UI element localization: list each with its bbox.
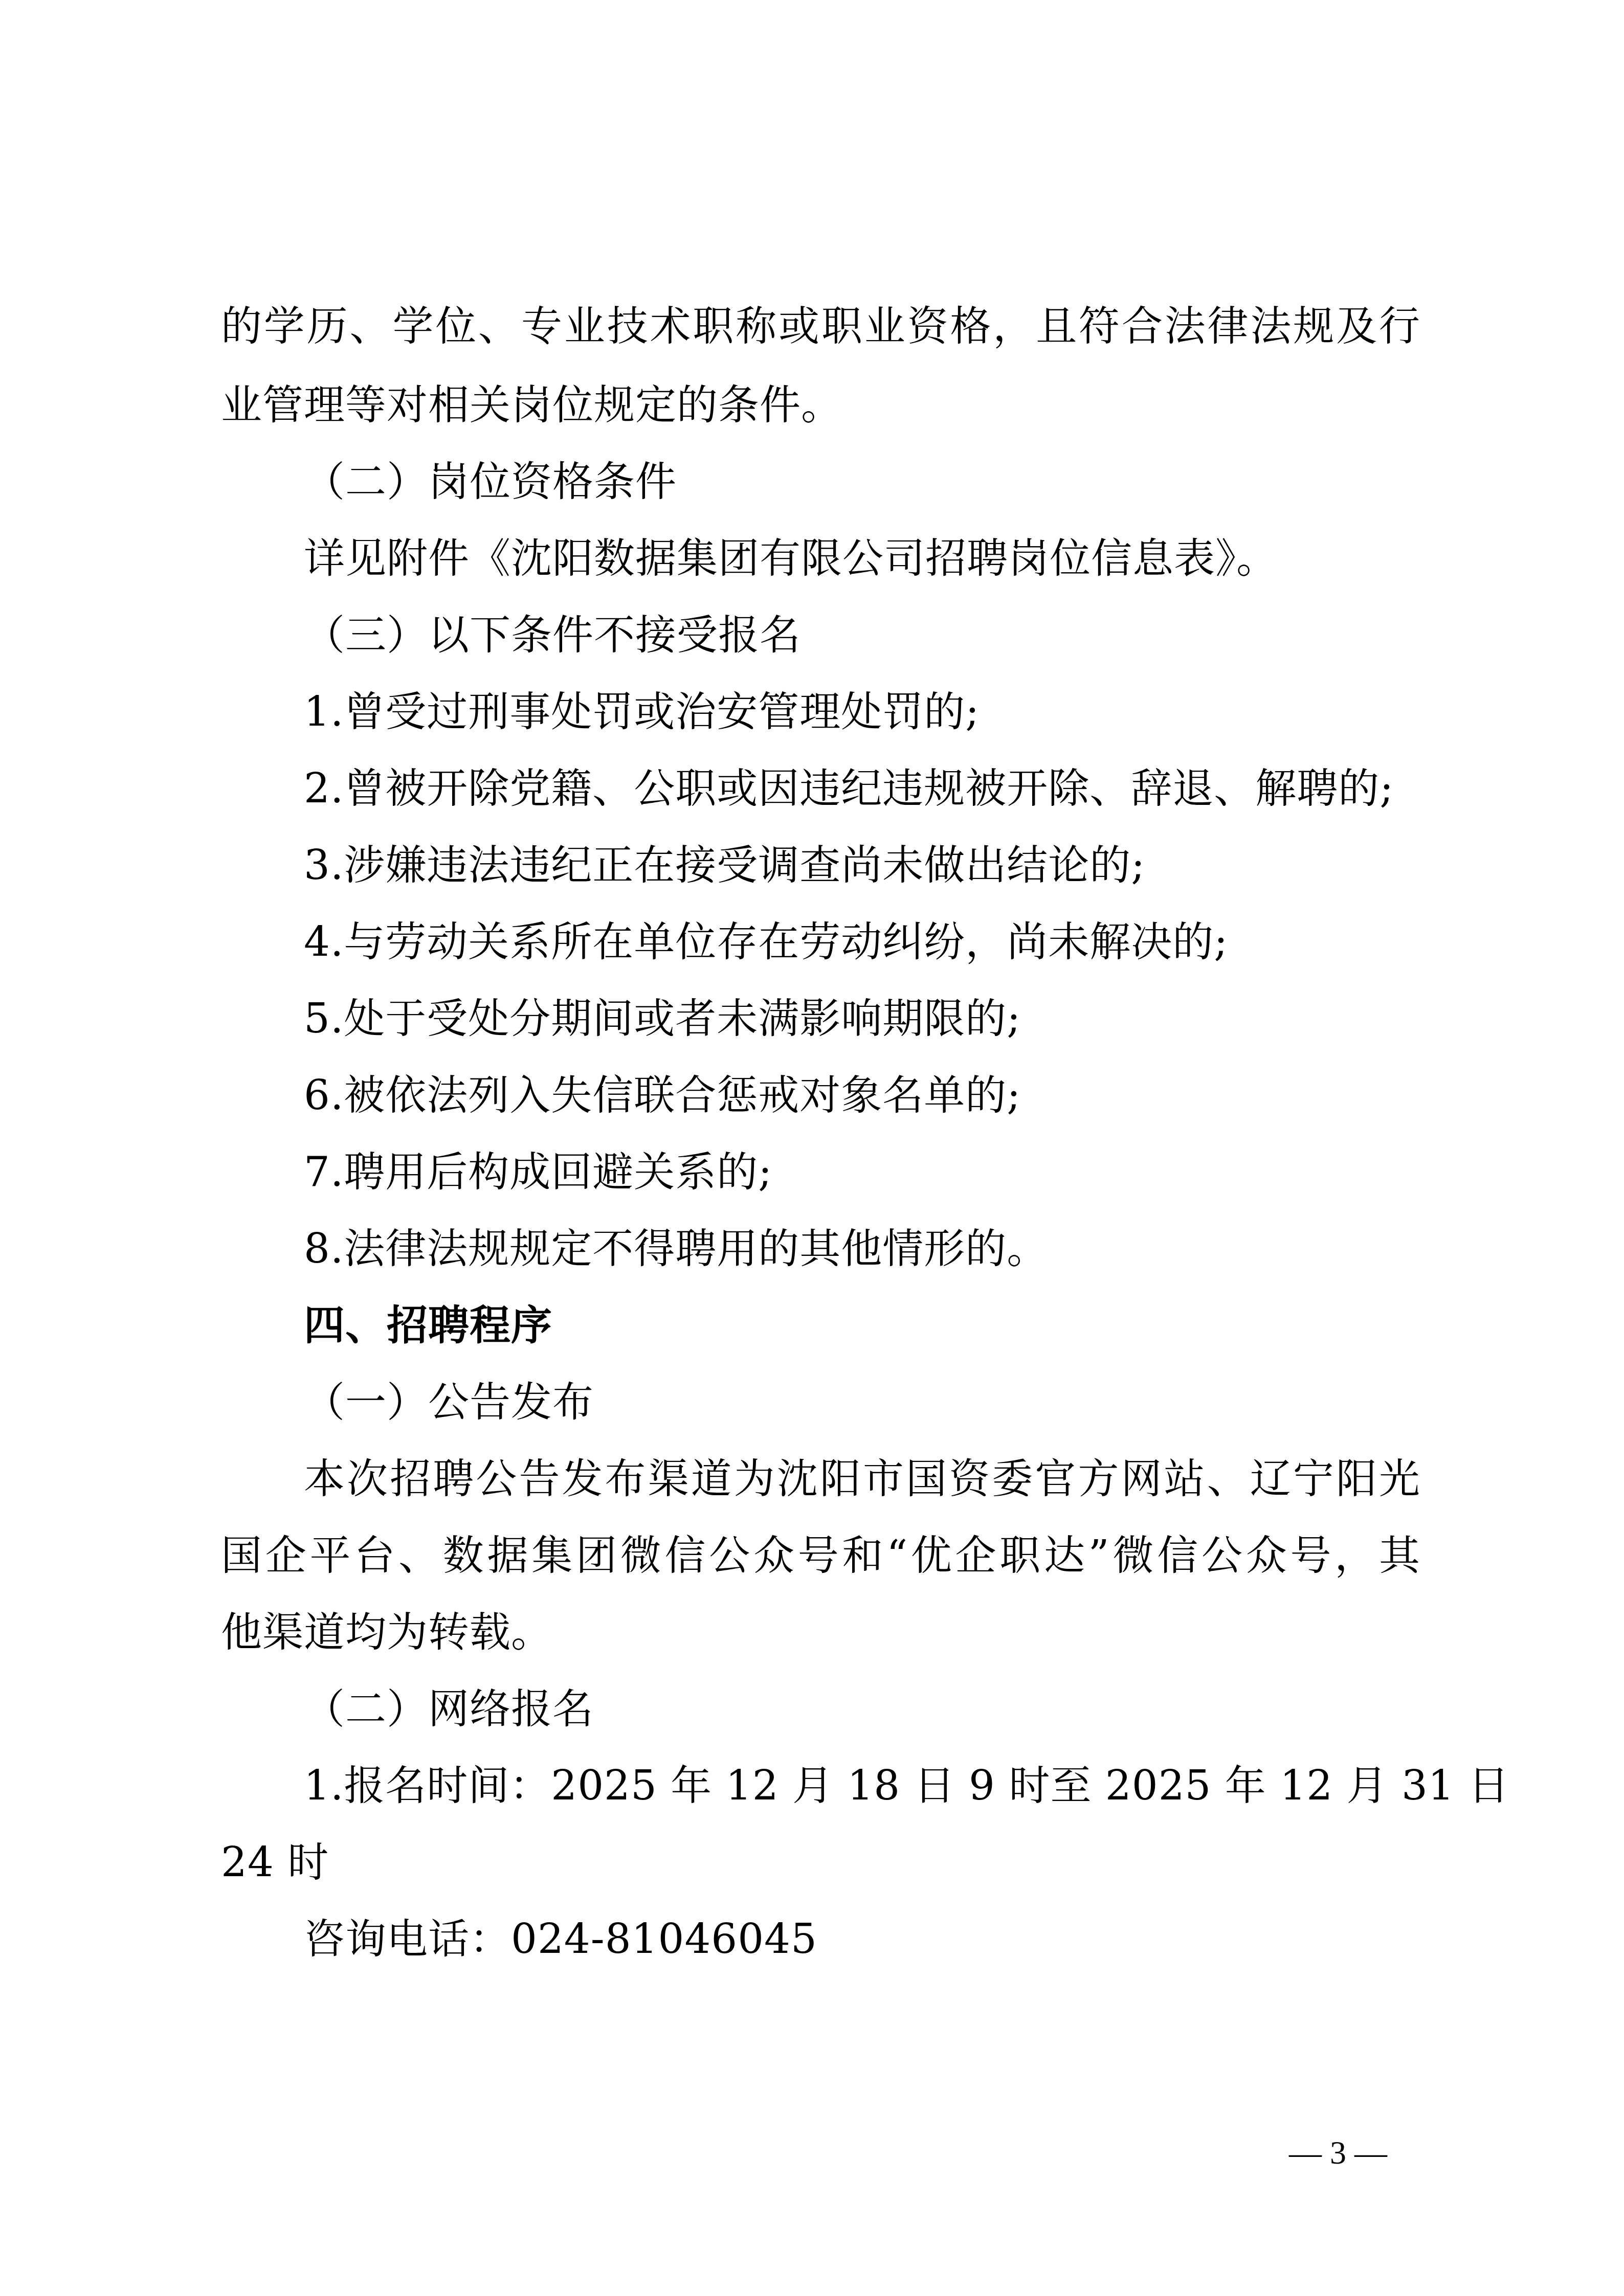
subheading-announcement-release: （一）公告发布 bbox=[304, 1377, 1420, 1428]
paragraph-consultation-phone: 咨询电话：024-81046045 bbox=[304, 1914, 1420, 1965]
page-number: — 3 — bbox=[1289, 2132, 1387, 2173]
paragraph-registration-time-line-2: 24 时 bbox=[221, 1837, 1420, 1888]
list-item-3: 3.涉嫌违法违纪正在接受调查尚未做出结论的; bbox=[304, 840, 1420, 891]
list-item-8: 8.法律法规规定不得聘用的其他情形的。 bbox=[304, 1223, 1420, 1274]
subheading-ineligible-conditions: （三）以下条件不接受报名 bbox=[304, 610, 1420, 661]
list-item-4: 4.与劳动关系所在单位存在劳动纠纷，尚未解决的; bbox=[304, 916, 1420, 967]
paragraph-see-attachment: 详见附件《沈阳数据集团有限公司招聘岗位信息表》。 bbox=[304, 533, 1420, 584]
list-item-5: 5.处于受处分期间或者未满影响期限的; bbox=[304, 993, 1420, 1044]
paragraph-registration-time-line-1: 1.报名时间：2025 年 12 月 18 日 9 时至 2025 年 12 月… bbox=[304, 1760, 1420, 1811]
list-item-1: 1.曾受过刑事处罚或治安管理处罚的; bbox=[304, 686, 1420, 737]
paragraph-line-qualifications-cont-1: 的学历、学位、专业技术职称或职业资格，且符合法律法规及行 bbox=[221, 301, 1420, 352]
subheading-position-qualifications: （二）岗位资格条件 bbox=[304, 456, 1420, 507]
document-page: 的学历、学位、专业技术职称或职业资格，且符合法律法规及行 业管理等对相关岗位规定… bbox=[0, 0, 1624, 2296]
list-item-7: 7.聘用后构成回避关系的; bbox=[304, 1146, 1420, 1198]
paragraph-release-channels-line-3: 他渠道均为转载。 bbox=[221, 1607, 1420, 1658]
subheading-online-registration: （二）网络报名 bbox=[304, 1683, 1420, 1735]
list-item-2: 2.曾被开除党籍、公职或因违纪违规被开除、辞退、解聘的; bbox=[304, 763, 1420, 814]
section-heading-recruitment-procedure: 四、招聘程序 bbox=[304, 1300, 1420, 1351]
paragraph-release-channels-line-1: 本次招聘公告发布渠道为沈阳市国资委官方网站、辽宁阳光 bbox=[304, 1453, 1420, 1504]
paragraph-line-qualifications-cont-2: 业管理等对相关岗位规定的条件。 bbox=[221, 379, 1420, 431]
paragraph-release-channels-line-2: 国企平台、数据集团微信公众号和“优企职达”微信公众号，其 bbox=[221, 1530, 1420, 1581]
list-item-6: 6.被依法列入失信联合惩戒对象名单的; bbox=[304, 1070, 1420, 1121]
